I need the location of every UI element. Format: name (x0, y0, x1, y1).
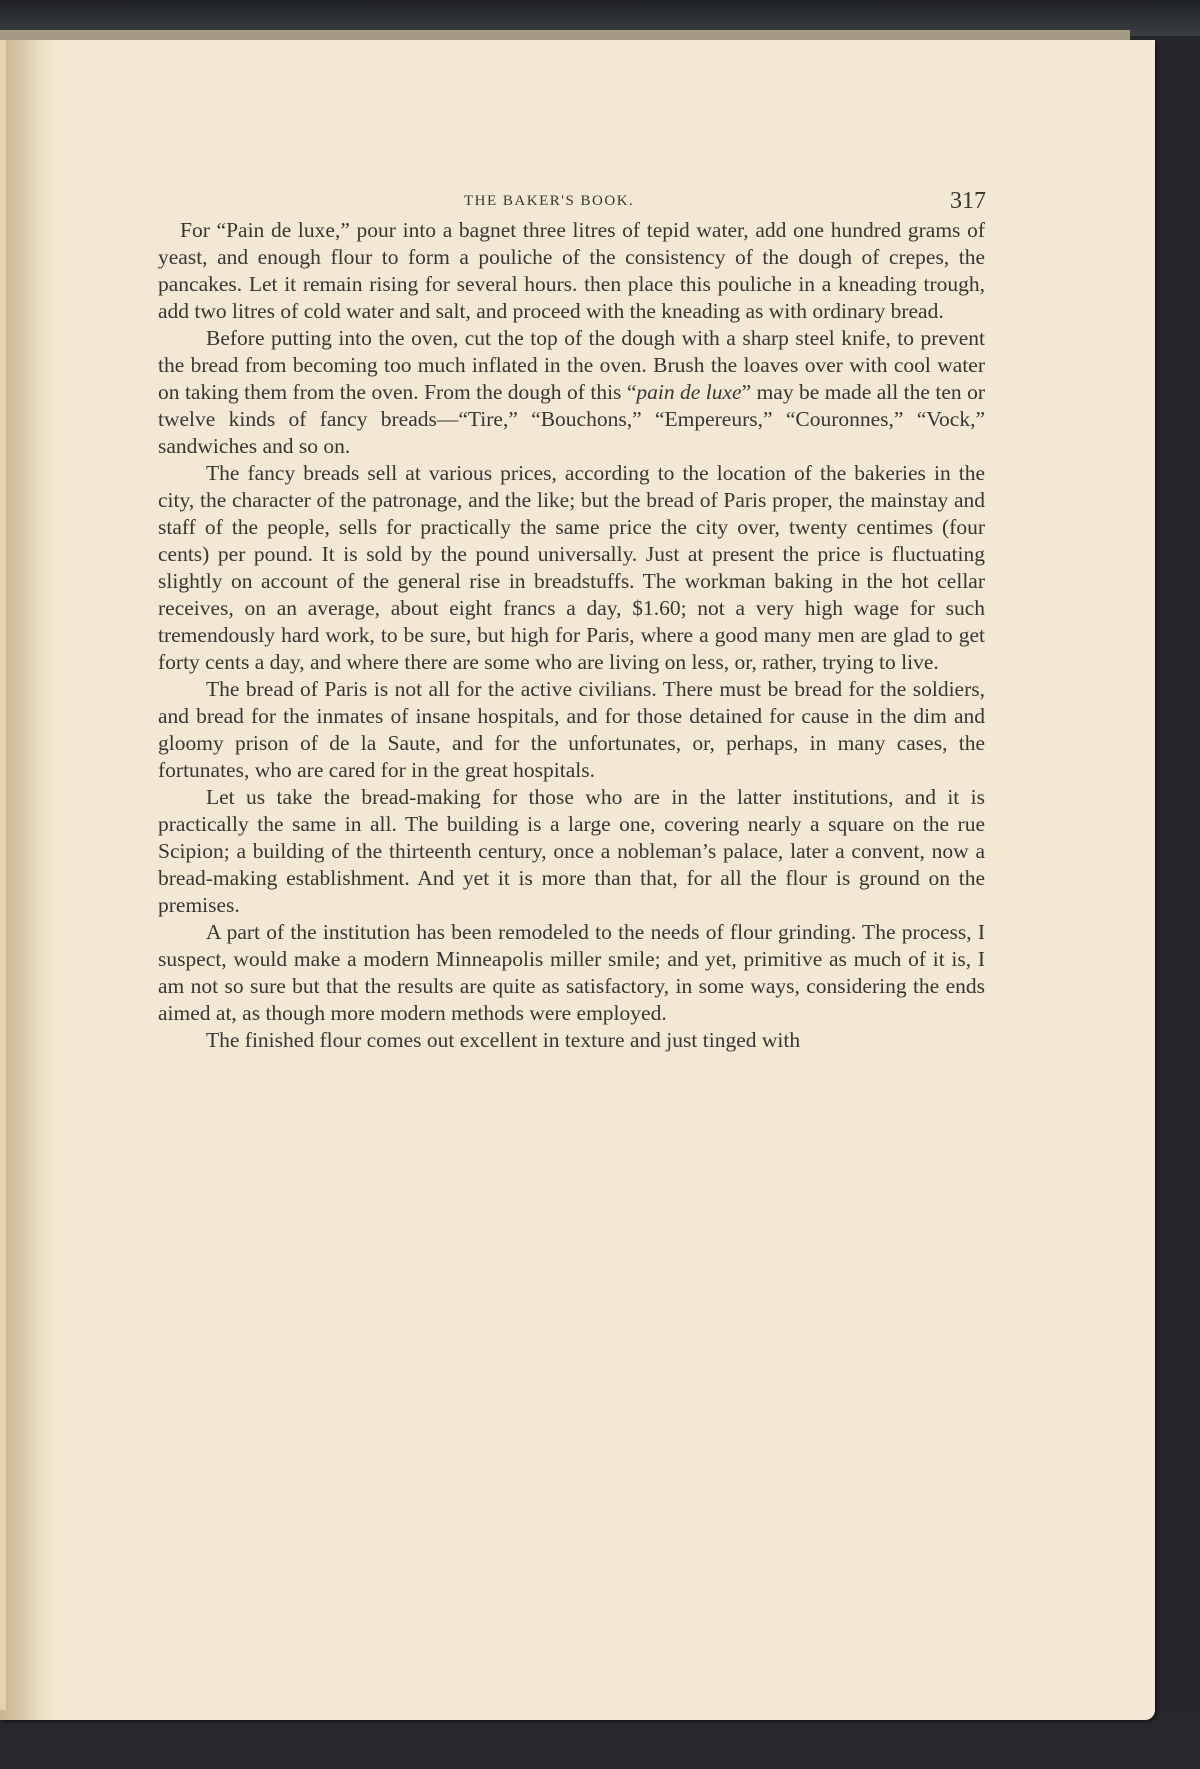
paragraph-3: The fancy breads sell at various prices,… (158, 460, 985, 676)
background-bottom (0, 1715, 1200, 1769)
paragraph-text: The fancy breads sell at various prices,… (158, 461, 985, 674)
paragraph-text: The finished flour comes out excellent i… (206, 1028, 800, 1052)
body-text: For “Pain de luxe,” pour into a bagnet t… (158, 217, 985, 1054)
page-number: 317 (950, 188, 986, 215)
paragraph-text: For “Pain de luxe,” pour into a bagnet t… (158, 218, 985, 323)
paragraph-1: For “Pain de luxe,” pour into a bagnet t… (158, 217, 985, 325)
paragraph-text: A part of the institution has been remod… (158, 920, 985, 1025)
paragraph-text: The bread of Paris is not all for the ac… (158, 677, 985, 782)
italic-phrase: pain de luxe (636, 380, 741, 404)
paragraph-text: Let us take the bread-making for those w… (158, 785, 985, 917)
paragraph-6: A part of the institution has been remod… (158, 919, 985, 1027)
running-head: THE BAKER'S BOOK. (464, 193, 634, 210)
paragraph-7: The finished flour comes out excellent i… (158, 1027, 985, 1054)
gutter-edge (0, 40, 6, 1710)
paragraph-2: Before putting into the oven, cut the to… (158, 325, 985, 460)
paragraph-5: Let us take the bread-making for those w… (158, 784, 985, 919)
paragraph-4: The bread of Paris is not all for the ac… (158, 676, 985, 784)
